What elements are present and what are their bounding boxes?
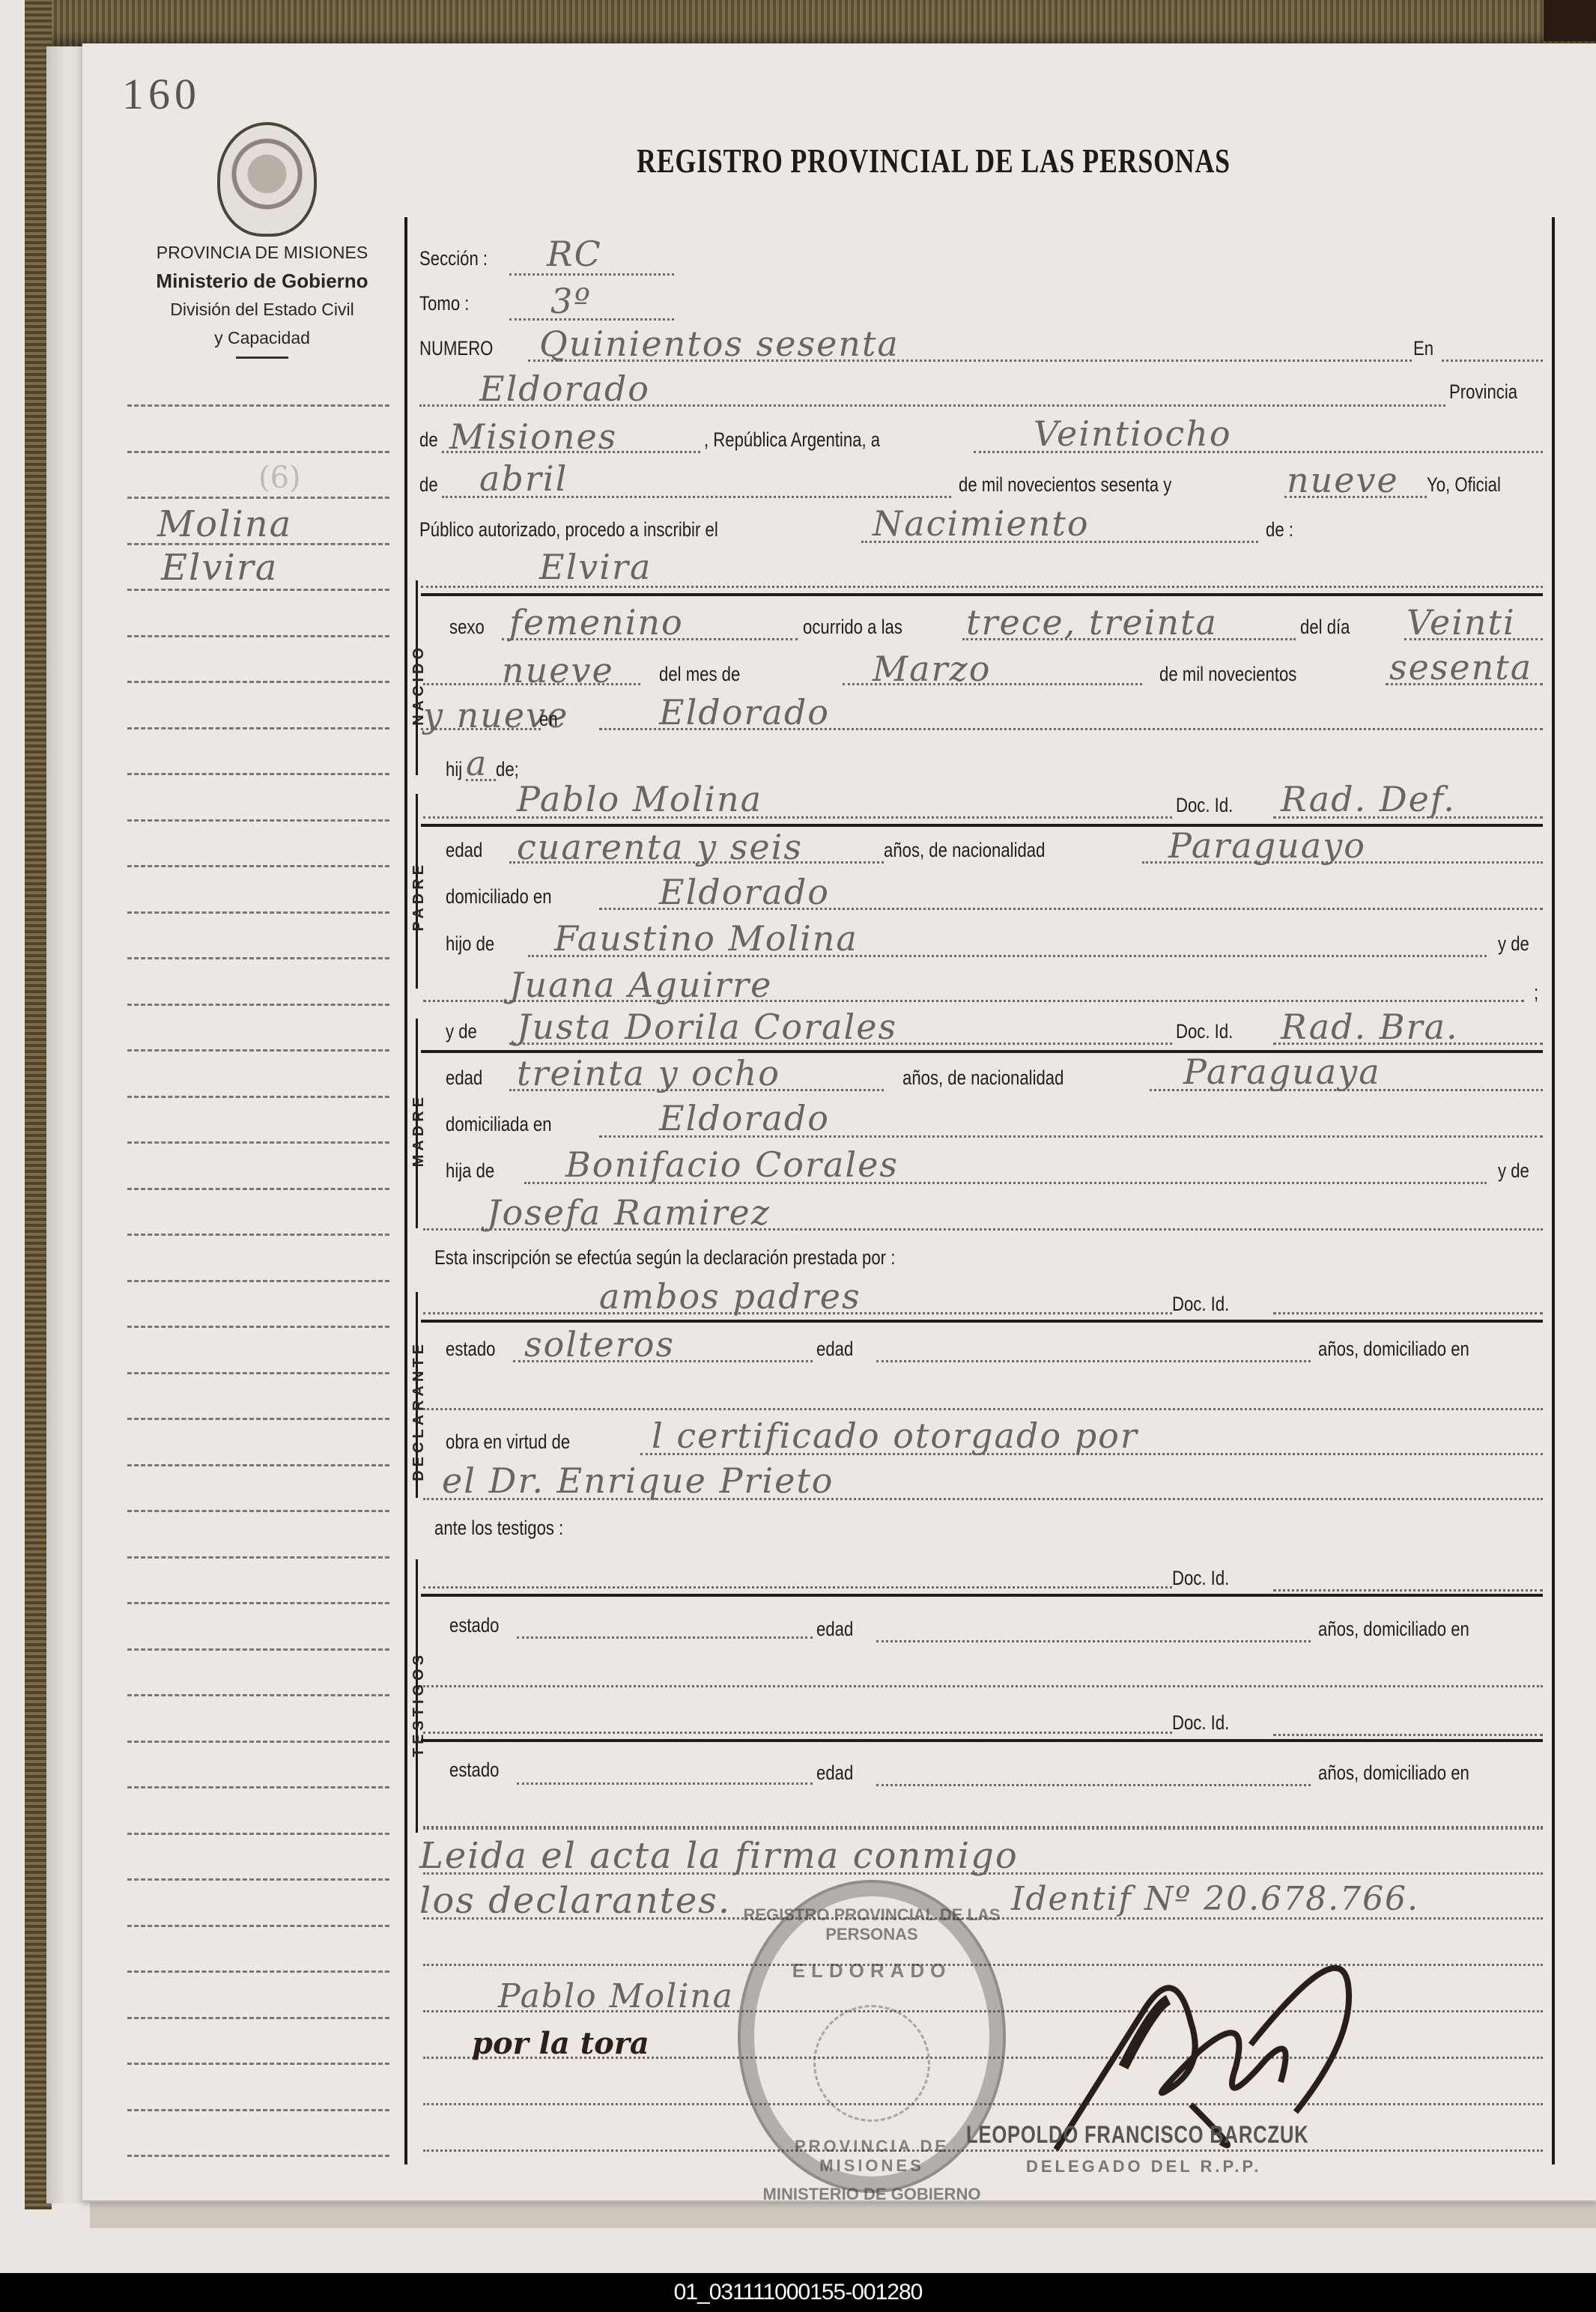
- agency-ministry: Ministerio de Gobierno: [120, 267, 404, 295]
- madre-nacionalidad-value[interactable]: Paraguaya: [1183, 1052, 1381, 1092]
- margin-ruled-line: [127, 1418, 389, 1420]
- right-border: [1552, 217, 1555, 2164]
- agency-capacity: y Capacidad: [120, 324, 404, 352]
- en-line: [1442, 359, 1543, 362]
- padre-doc-value[interactable]: Rad. Def.: [1281, 779, 1456, 819]
- dia-nac-value[interactable]: Veinti: [1407, 602, 1516, 643]
- mes-nac-value[interactable]: Marzo: [873, 649, 991, 689]
- padre-nombre-value[interactable]: Pablo Molina: [517, 779, 762, 819]
- stamp-crest-icon: [813, 2005, 930, 2122]
- tomo-value[interactable]: 3º: [550, 281, 592, 321]
- en-nac-label: en: [539, 708, 558, 731]
- padre-domicilio-label: domiciliado en: [446, 885, 552, 908]
- agency-rule: [236, 356, 288, 359]
- margin-ruled-line: [127, 1970, 389, 1973]
- madre-y-de-label: y de: [446, 1020, 477, 1043]
- padre-label: PADRE: [410, 861, 428, 932]
- padre-nacionalidad-value[interactable]: Paraguayo: [1168, 825, 1366, 866]
- margin-ruled-line: [127, 727, 389, 729]
- testigo-1-domicilio-line[interactable]: [423, 1685, 1543, 1687]
- closing-line-1: Leida el acta la firma conmigo: [419, 1835, 1019, 1877]
- margin-surname: Molina: [157, 503, 292, 545]
- mil-label: de mil novecientos sesenta y: [959, 473, 1171, 497]
- padre-edad-label: edad: [446, 839, 482, 862]
- hij-de-label: de;: [496, 758, 519, 781]
- madre-hija-de-label: hija de: [446, 1159, 494, 1183]
- margin-divider: [404, 217, 407, 2164]
- declarante-edad-label: edad: [816, 1338, 853, 1361]
- book-binding-top: [30, 0, 1596, 46]
- margin-ruled-line: [127, 1188, 389, 1190]
- provincia-value[interactable]: Misiones: [449, 416, 617, 457]
- madre-y-de-label-2: y de: [1498, 1159, 1529, 1183]
- madre-domicilio-label: domiciliada en: [446, 1113, 552, 1136]
- seccion-value[interactable]: RC: [547, 234, 602, 274]
- margin-ruled-line: [127, 681, 389, 683]
- de-label: de: [419, 428, 438, 452]
- padre-domicilio-value[interactable]: Eldorado: [659, 872, 830, 912]
- madre-doc-label: Doc. Id.: [1176, 1020, 1233, 1043]
- testigo-2-estado-line[interactable]: [517, 1782, 813, 1785]
- nombre-value[interactable]: Elvira: [539, 547, 652, 587]
- margin-given-name: Elvira: [161, 547, 278, 589]
- testigo-1-estado-label: estado: [449, 1614, 499, 1637]
- declarante-doc-label: Doc. Id.: [1172, 1293, 1229, 1316]
- padre-semicolon: ;: [1534, 981, 1538, 1004]
- ocurrido-label: ocurrido a las: [803, 616, 902, 639]
- abuela-materna-value[interactable]: Josefa Ramirez: [487, 1192, 771, 1233]
- signature-pablo-molina: Pablo Molina: [498, 1977, 734, 2015]
- closing-line-2: los declarantes.: [419, 1880, 731, 1922]
- margin-ruled-line: [127, 451, 389, 453]
- margin-ruled-line: [127, 1694, 389, 1696]
- official-title: DELEGADO DEL R.P.P.: [1026, 2157, 1261, 2176]
- testigo-1-estado-line[interactable]: [517, 1636, 813, 1639]
- testigo-2-nombre-line[interactable]: [423, 1732, 1172, 1734]
- margin-ruled-line: [127, 1049, 389, 1052]
- anio-value[interactable]: nueve: [1287, 460, 1399, 500]
- padre-edad-value[interactable]: cuarenta y seis: [517, 827, 803, 867]
- margin-ruled-line: [127, 2063, 389, 2065]
- padre-doc-label: Doc. Id.: [1176, 794, 1233, 817]
- seccion-label: Sección :: [419, 247, 488, 270]
- declarante-nombre-value[interactable]: ambos padres: [599, 1276, 861, 1317]
- margin-ruled-line: [127, 1372, 389, 1374]
- margin-ruled-line: [127, 1602, 389, 1604]
- margin-ruled-line: [127, 2017, 389, 2019]
- testigo-1-doc-line[interactable]: [1273, 1589, 1543, 1592]
- agency-division: División del Estado Civil: [120, 295, 404, 324]
- republica-label: , República Argentina, a: [704, 428, 880, 452]
- padre-nacionalidad-label: años, de nacionalidad: [884, 839, 1045, 862]
- margin-ruled-line: [127, 2155, 389, 2157]
- margin-ruled-line: [127, 1464, 389, 1466]
- margin-ruled-line: [127, 1648, 389, 1651]
- publico-label: Público autorizado, procedo a inscribir …: [419, 518, 718, 541]
- hij-value[interactable]: a: [466, 743, 488, 783]
- obra-value-1[interactable]: l certificado otorgado por: [652, 1416, 1138, 1456]
- margin-ruled-line: [127, 1878, 389, 1881]
- sexo-value[interactable]: femenino: [509, 602, 684, 643]
- section-divider: [421, 593, 1543, 596]
- testigo-1-divider: [421, 1594, 1543, 1597]
- numero-label: NUMERO: [419, 337, 493, 360]
- margin-ruled-line: [127, 1280, 389, 1282]
- lugar-nac-value[interactable]: Eldorado: [659, 692, 830, 732]
- identification-number: Identif Nº 20.678.766.: [1011, 1880, 1419, 1918]
- testigo-1-nombre-line[interactable]: [423, 1586, 1172, 1589]
- en-label: En: [1413, 337, 1433, 360]
- declaracion-intro: Esta inscripción se efectúa según la dec…: [434, 1246, 895, 1269]
- madre-label: MADRE: [410, 1093, 428, 1167]
- margin-ruled-line: [127, 1326, 389, 1328]
- agency-province: PROVINCIA DE MISIONES: [120, 238, 404, 267]
- margin-ruled-line: [127, 635, 389, 637]
- margin-ruled-line: [127, 819, 389, 822]
- testigo-2-divider: [421, 1739, 1543, 1742]
- testigo-1-edad-label: edad: [816, 1618, 853, 1641]
- provincia-label: Provincia: [1449, 380, 1517, 404]
- margin-ruled-line: [127, 773, 389, 775]
- stamp-inner-top: ELDORADO: [741, 1959, 1003, 1982]
- declarante-estado-label: estado: [446, 1338, 495, 1361]
- del-dia-label: del día: [1300, 616, 1350, 639]
- numero-value[interactable]: Quinientos sesenta: [539, 324, 899, 364]
- margin-ruled-line: [127, 497, 389, 499]
- province-crest-icon: [217, 122, 317, 237]
- madre-domicilio-value[interactable]: Eldorado: [659, 1098, 830, 1138]
- margin-ruled-line: [127, 1741, 389, 1743]
- madre-edad-label: edad: [446, 1067, 482, 1090]
- stamp-bottom-text: MINISTERIO DE GOBIERNO: [741, 2185, 1003, 2204]
- obra-label: obra en virtud de: [446, 1430, 570, 1454]
- margin-ruled-line: [127, 404, 389, 407]
- testigo-2-edad-label: edad: [816, 1762, 853, 1785]
- margin-ruled-line: [127, 1556, 389, 1559]
- stamp-inner-bottom: PROVINCIA DE MISIONES: [741, 2137, 1003, 2176]
- declarante-doc-line: [1273, 1312, 1543, 1314]
- mes-value[interactable]: abril: [479, 458, 568, 499]
- margin-ruled-line: [127, 1004, 389, 1006]
- testigo-1-anios-label: años, domiciliado en: [1318, 1618, 1469, 1641]
- madre-edad-value[interactable]: treinta y ocho: [517, 1053, 780, 1093]
- book-cover-corner: [1544, 0, 1596, 41]
- acto-value[interactable]: Nacimiento: [873, 503, 1090, 544]
- signature-mother: por la tora: [472, 2026, 649, 2061]
- margin-faint-mark: (6): [258, 461, 301, 495]
- abuelo-paterno-value[interactable]: Faustino Molina: [554, 918, 858, 959]
- margin-ruled-line: [127, 1096, 389, 1098]
- declarante-divider: [421, 1320, 1543, 1323]
- padre-hijo-de-label: hijo de: [446, 932, 494, 956]
- anio-nac-value[interactable]: sesenta: [1389, 647, 1532, 688]
- declarante-domicilio-line: [423, 1408, 1543, 1410]
- closing-ruled-line: [423, 1826, 1543, 1828]
- margin-ruled-line: [127, 1234, 389, 1236]
- official-name: LEOPOLDO FRANCISCO BARCZUK: [966, 2121, 1308, 2149]
- de-colon-label: de :: [1266, 518, 1293, 541]
- margin-ruled-line: [127, 1510, 389, 1512]
- dia-nac-value-2[interactable]: nueve: [502, 650, 614, 691]
- stamp-outer-text: REGISTRO PROVINCIAL DE LAS PERSONAS: [741, 1905, 1003, 1944]
- margin-ruled-line: [127, 1786, 389, 1788]
- register-page: [82, 43, 1596, 2200]
- margin-ruled-line: [127, 1925, 389, 1927]
- declarante-edad-line: [876, 1360, 1311, 1362]
- abuela-paterna-value[interactable]: Juana Aguirre: [509, 965, 772, 1005]
- abuelo-materno-value[interactable]: Bonifacio Corales: [565, 1144, 899, 1185]
- madre-doc-value[interactable]: Rad. Bra.: [1281, 1007, 1459, 1047]
- madre-nacionalidad-label: años, de nacionalidad: [902, 1067, 1064, 1090]
- margin-ruled-line: [127, 1833, 389, 1835]
- padre-y-de-label: y de: [1498, 932, 1529, 956]
- sexo-label: sexo: [449, 616, 485, 639]
- margin-ruled-line: [127, 865, 389, 867]
- testigo-1-doc-label: Doc. Id.: [1172, 1567, 1229, 1590]
- page-title: REGISTRO PROVINCIAL DE LAS PERSONAS: [637, 141, 1231, 180]
- declarante-anios-label: años, domiciliado en: [1318, 1338, 1469, 1361]
- mil-nac-label: de mil novecientos: [1159, 663, 1296, 686]
- testigos-intro: ante los testigos :: [434, 1517, 563, 1540]
- hora-value[interactable]: trece, treinta: [966, 602, 1218, 643]
- page-number: 160: [122, 69, 201, 119]
- tomo-line: [509, 318, 674, 321]
- declarante-label: DECLARANTE: [410, 1341, 428, 1481]
- declarante-estado-value[interactable]: solteros: [524, 1324, 675, 1365]
- hij-label: hij: [446, 758, 462, 781]
- margin-ruled-line: [127, 911, 389, 914]
- lugar-value[interactable]: Eldorado: [479, 368, 650, 409]
- testigo-2-edad-line[interactable]: [876, 1784, 1311, 1786]
- oficial-label: Yo, Oficial: [1427, 473, 1501, 497]
- testigo-2-doc-label: Doc. Id.: [1172, 1711, 1229, 1735]
- testigo-1-edad-line[interactable]: [876, 1640, 1311, 1642]
- testigo-2-doc-line[interactable]: [1273, 1734, 1543, 1736]
- testigo-2-estado-label: estado: [449, 1759, 499, 1782]
- tomo-label: Tomo :: [419, 292, 469, 315]
- mes-nac-label: del mes de: [659, 663, 740, 686]
- dia-value[interactable]: Veintiocho: [1034, 413, 1232, 454]
- margin-ruled-line: [127, 2109, 389, 2111]
- testigo-2-anios-label: años, domiciliado en: [1318, 1762, 1469, 1785]
- margin-ruled-line: [127, 957, 389, 959]
- agency-block: PROVINCIA DE MISIONES Ministerio de Gobi…: [120, 238, 404, 359]
- margin-ruled-line: [127, 589, 389, 591]
- de-mes-label: de: [419, 473, 438, 497]
- obra-value-2[interactable]: el Dr. Enrique Prieto: [442, 1460, 834, 1501]
- page-shadow: [90, 2202, 1596, 2228]
- margin-ruled-line: [127, 1141, 389, 1144]
- image-id-footer: 01_031111000155-001280: [0, 2273, 1596, 2312]
- madre-nombre-value[interactable]: Justa Dorila Corales: [517, 1007, 897, 1047]
